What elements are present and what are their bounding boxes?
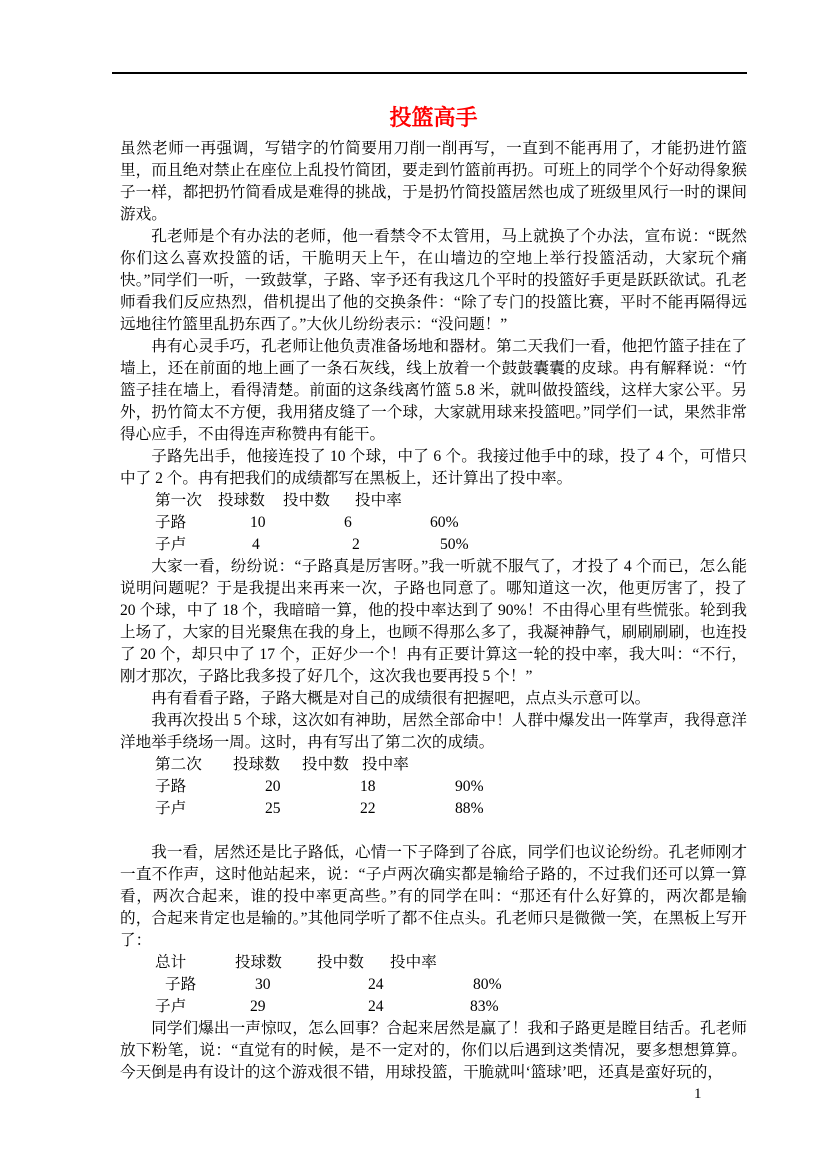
paragraph-6: 冉有看看子路，子路大概是对自己的成绩很有把握吧，点点头示意可以。	[120, 688, 747, 710]
table-cell: 第二次	[155, 754, 202, 776]
paragraph-7: 我再次投出 5 个球，这次如有神助，居然全部命中！人群中爆发出一阵掌声，我得意洋…	[120, 710, 747, 754]
table-row: 子路 30 24 80%	[120, 974, 747, 996]
table-header-row: 第二次 投球数 投中数 投中率	[120, 754, 747, 776]
table-cell: 60%	[430, 512, 459, 534]
table-cell: 总计	[155, 952, 186, 974]
table-cell: 投中数	[302, 754, 349, 776]
table-cell: 18	[360, 776, 376, 798]
score-table-second: 第二次 投球数 投中数 投中率 子路 20 18 90% 子卢 25 22 88…	[120, 754, 747, 820]
table-row: 子卢 4 2 50%	[120, 534, 747, 556]
table-cell: 24	[368, 974, 384, 996]
table-cell: 30	[255, 974, 271, 996]
header-rule	[112, 72, 747, 74]
table-cell: 投中数	[317, 952, 364, 974]
table-cell: 83%	[470, 996, 499, 1018]
paragraph-4: 子路先出手，他接连投了 10 个球，中了 6 个。我接过他手中的球，投了 4 个…	[120, 446, 747, 490]
table-cell: 子卢	[155, 798, 186, 820]
table-cell: 子卢	[155, 534, 186, 556]
table-cell: 投中率	[362, 754, 409, 776]
paragraph-5: 大家一看，纷纷说：“子路真是厉害呀。”我一听就不服气了，才投了 4 个而已，怎么…	[120, 556, 747, 688]
table-header-row: 第一次 投球数 投中数 投中率	[120, 490, 747, 512]
paragraph-2: 孔老师是个有办法的老师，他一看禁令不太管用，马上就换了个办法，宣布说：“既然你们…	[120, 226, 747, 336]
table-cell: 24	[368, 996, 384, 1018]
paragraph-8: 我一看，居然还是比子路低，心情一下子降到了谷底，同学们也议论纷纷。孔老师刚才一直…	[120, 842, 747, 952]
table-row: 子路 10 6 60%	[120, 512, 747, 534]
table-cell: 88%	[455, 798, 484, 820]
paragraph-9: 同学们爆出一声惊叹，怎么回事？合起来居然是赢了！我和子路更是瞠目结舌。孔老师放下…	[120, 1018, 747, 1084]
table-row: 子路 20 18 90%	[120, 776, 747, 798]
table-cell: 2	[352, 534, 360, 556]
blank-line	[120, 820, 747, 842]
table-cell: 50%	[440, 534, 469, 556]
table-cell: 投中数	[283, 490, 330, 512]
table-header-row: 总计 投球数 投中数 投中率	[120, 952, 747, 974]
table-cell: 22	[360, 798, 376, 820]
table-cell: 子路	[165, 974, 196, 996]
table-cell: 投球数	[233, 754, 280, 776]
table-row: 子卢 25 22 88%	[120, 798, 747, 820]
paragraph-1: 虽然老师一再强调，写错字的竹简要用刀削一削再写，一直到不能再用了，才能扔进竹篮里…	[120, 138, 747, 226]
paragraph-3: 冉有心灵手巧，孔老师让他负责准备场地和器材。第二天我们一看，他把竹篮子挂在了墙上…	[120, 336, 747, 446]
table-cell: 20	[265, 776, 281, 798]
page-number: 1	[694, 1084, 702, 1104]
table-cell: 投球数	[235, 952, 282, 974]
table-cell: 投球数	[218, 490, 265, 512]
table-cell: 29	[250, 996, 266, 1018]
table-cell: 子路	[155, 512, 186, 534]
table-cell: 投中率	[390, 952, 437, 974]
table-cell: 投中率	[355, 490, 402, 512]
document-page: 投篮高手 虽然老师一再强调，写错字的竹简要用刀削一削再写，一直到不能再用了，才能…	[0, 0, 827, 1170]
page-title: 投篮高手	[120, 100, 747, 136]
table-cell: 10	[250, 512, 266, 534]
table-row: 子卢 29 24 83%	[120, 996, 747, 1018]
table-cell: 6	[344, 512, 352, 534]
table-cell: 25	[265, 798, 281, 820]
table-cell: 第一次	[155, 490, 202, 512]
table-cell: 4	[252, 534, 260, 556]
table-cell: 子路	[155, 776, 186, 798]
table-cell: 子卢	[155, 996, 186, 1018]
score-table-total: 总计 投球数 投中数 投中率 子路 30 24 80% 子卢 29 24 83%	[120, 952, 747, 1018]
score-table-first: 第一次 投球数 投中数 投中率 子路 10 6 60% 子卢 4 2 50%	[120, 490, 747, 556]
table-cell: 90%	[455, 776, 484, 798]
document-content: 投篮高手 虽然老师一再强调，写错字的竹简要用刀削一削再写，一直到不能再用了，才能…	[120, 100, 747, 1084]
table-cell: 80%	[473, 974, 502, 996]
